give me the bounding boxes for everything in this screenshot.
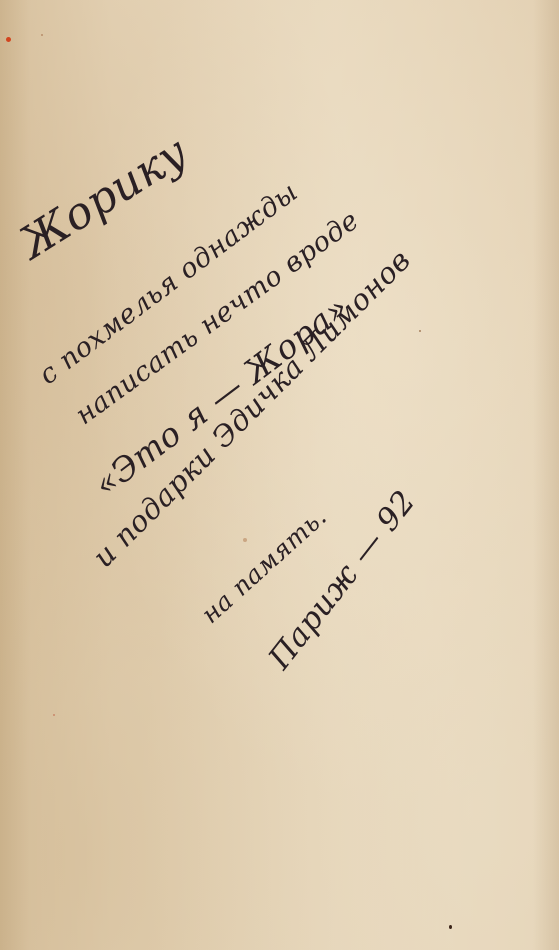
paper-speck bbox=[53, 714, 55, 716]
paper-speck bbox=[243, 538, 247, 542]
paper-speck bbox=[449, 925, 452, 929]
red-ink-speck bbox=[6, 37, 11, 42]
inscription-line-place-date: Париж — 92 bbox=[262, 484, 423, 676]
inscription-line-recipient: Жорику bbox=[11, 127, 197, 269]
paper-speck bbox=[419, 330, 421, 332]
paper-page: Жорику с похмелья однажды написать нечто… bbox=[0, 0, 559, 950]
paper-right-shadow bbox=[533, 0, 559, 950]
paper-speck bbox=[41, 34, 43, 36]
paper-left-shadow bbox=[0, 0, 30, 950]
